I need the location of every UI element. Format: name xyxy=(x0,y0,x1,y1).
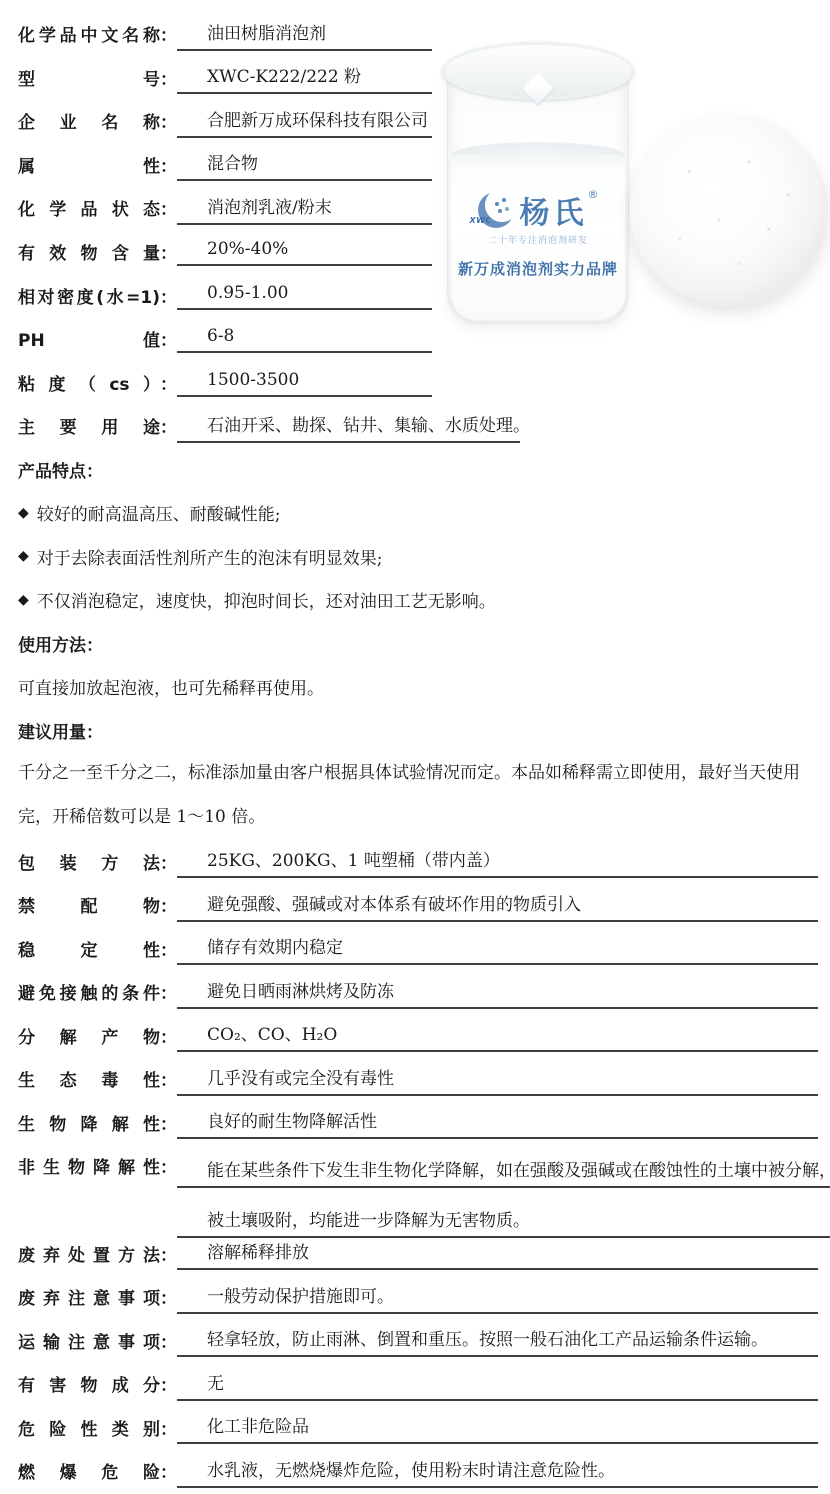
field-label: 燃爆危险 xyxy=(18,1458,160,1483)
field-avoid-conditions: 避免接触的条件： 避免日晒雨淋烘烤及防冻 xyxy=(18,970,818,1014)
field-label: 避免接触的条件 xyxy=(18,979,160,1004)
feature-text: 对于去除表面活性剂所产生的泡沫有明显效果; xyxy=(37,544,383,569)
field-label: 生态毒性 xyxy=(18,1066,160,1091)
field-label: 运输注意事项 xyxy=(18,1328,160,1353)
field-label: 化学品状态 xyxy=(18,195,160,220)
field-value: 无 xyxy=(177,1367,818,1401)
field-value: 避免强酸、强碱或对本体系有破坏作用的物质引入 xyxy=(177,888,818,922)
usage-text: 可直接加放起泡液，也可先稀释再使用。 xyxy=(18,665,818,709)
field-value: 储存有效期内稳定 xyxy=(177,931,818,965)
label-colon: ： xyxy=(160,65,177,90)
field-value: 0.95-1.00 xyxy=(177,281,432,310)
moon-dots-icon xyxy=(495,202,499,206)
section-usage-title: 使用方法： xyxy=(18,622,818,666)
field-value: 避免日晒雨淋烘烤及防冻 xyxy=(177,975,818,1009)
field-value: 水乳液，无燃烧爆炸危险，使用粉末时请注意危险性。 xyxy=(177,1454,818,1488)
beaker-image: XWC杨氏® 二十年专注消泡剂研发 新万成消泡剂实力品牌 xyxy=(442,42,634,328)
field-label: PH 值 xyxy=(18,326,160,351)
field-label: 粘度（cs） xyxy=(18,370,160,395)
label-colon: ： xyxy=(160,152,177,177)
field-value: CO₂、CO、H₂O xyxy=(177,1018,818,1052)
brand-subtitle: 二十年专注消泡剂研发 xyxy=(442,233,634,246)
field-active-content: 有效物含量： 20%-40% xyxy=(18,230,432,274)
feature-text: 较好的耐高温高压、耐酸碱性能; xyxy=(37,500,281,525)
label-colon: ： xyxy=(160,413,177,438)
section-dosage-title: 建议用量： xyxy=(18,709,818,753)
field-model: 型号： XWC-K222/222 粉 xyxy=(18,56,432,100)
label-colon: ： xyxy=(160,1110,177,1135)
field-decomposition-products: 分解产物： CO₂、CO、H₂O xyxy=(18,1014,818,1058)
field-transport-precautions: 运输注意事项： 轻拿轻放，防止雨淋、倒置和重压。按照一般石油化工产品运输条件运输… xyxy=(18,1318,818,1362)
powder-pile-image xyxy=(630,114,828,306)
label-colon: ： xyxy=(160,1153,177,1178)
field-company: 企业名称： 合肥新万成环保科技有限公司 xyxy=(18,99,432,143)
field-label: 相对密度(水=1) xyxy=(18,283,160,308)
label-colon: ： xyxy=(160,936,177,961)
field-main-use: 主要用途： 石油开采、勘探、钻井、集输、水质处理。 xyxy=(18,404,520,448)
field-value: XWC-K222/222 粉 xyxy=(177,60,432,94)
field-biodegradability: 生物降解性： 良好的耐生物降解活性 xyxy=(18,1101,818,1145)
field-hazard-class: 危险性类别： 化工非危险品 xyxy=(18,1406,818,1450)
product-photo: XWC杨氏® 二十年专注消泡剂研发 新万成消泡剂实力品牌 xyxy=(434,36,828,334)
field-label: 废弃注意事项 xyxy=(18,1284,160,1309)
label-colon: ： xyxy=(160,1241,177,1266)
label-colon: ： xyxy=(160,195,177,220)
field-incompatibles: 禁配物： 避免强酸、强碱或对本体系有破坏作用的物质引入 xyxy=(18,883,818,927)
field-stability: 稳定性： 储存有效期内稳定 xyxy=(18,926,818,970)
brand-name: 杨氏 xyxy=(520,196,588,231)
field-chinese-name: 化学品中文名称： 油田树脂消泡剂 xyxy=(18,12,432,56)
field-value-line-1: 能在某些条件下发生非生物化学降解，如在强酸及强碱或在酸蚀性的土壤中被分解，可 xyxy=(177,1154,830,1188)
feature-item: ◆ 不仅消泡稳定，速度快，抑泡时间长，还对油田工艺无影响。 xyxy=(18,578,818,622)
field-disposal-method: 废弃处置方法： 溶解稀释排放 xyxy=(18,1231,818,1275)
feature-item: ◆ 对于去除表面活性剂所产生的泡沫有明显效果; xyxy=(18,535,818,579)
brand-slogan: 新万成消泡剂实力品牌 xyxy=(442,258,634,279)
label-colon: ： xyxy=(160,1371,177,1396)
field-relative-density: 相对密度(水=1)： 0.95-1.00 xyxy=(18,273,432,317)
field-value-line-2: 被土壤吸附，均能进一步降解为无害物质。 xyxy=(177,1204,830,1238)
field-ph: PH 值： 6-8 xyxy=(18,317,432,361)
label-colon: ： xyxy=(160,979,177,1004)
label-colon: ： xyxy=(160,21,177,46)
brand-logo: XWC杨氏® 二十年专注消泡剂研发 新万成消泡剂实力品牌 xyxy=(442,188,634,279)
xwc-mark: XWC xyxy=(470,216,492,225)
label-colon: ： xyxy=(160,1458,177,1483)
field-label: 禁配物 xyxy=(18,892,160,917)
field-label: 有害物成分 xyxy=(18,1371,160,1396)
field-value: 20%-40% xyxy=(177,237,432,266)
field-explosion-hazard: 燃爆危险： 水乳液，无燃烧爆炸危险，使用粉末时请注意危险性。 xyxy=(18,1449,818,1493)
label-colon: ： xyxy=(160,1066,177,1091)
field-value: 良好的耐生物降解活性 xyxy=(177,1105,818,1139)
diamond-bullet-icon: ◆ xyxy=(18,592,29,608)
field-label: 包装方法 xyxy=(18,849,160,874)
label-colon: ： xyxy=(160,1328,177,1353)
field-label: 化学品中文名称 xyxy=(18,21,160,46)
field-label: 企业名称 xyxy=(18,108,160,133)
diamond-bullet-icon: ◆ xyxy=(18,548,29,564)
label-colon: ： xyxy=(160,108,177,133)
field-value: 25KG、200KG、1 吨塑桶（带内盖） xyxy=(177,844,818,878)
label-colon: ： xyxy=(160,892,177,917)
label-colon: ： xyxy=(160,1023,177,1048)
field-value: 6-8 xyxy=(177,324,432,353)
field-value: 轻拿轻放，防止雨淋、倒置和重压。按照一般石油化工产品运输条件运输。 xyxy=(177,1323,818,1357)
label-colon: ： xyxy=(160,370,177,395)
field-label: 废弃处置方法 xyxy=(18,1241,160,1266)
field-viscosity: 粘度（cs）： 1500-3500 xyxy=(18,360,432,404)
field-value: 化工非危险品 xyxy=(177,1410,818,1444)
field-value: 一般劳动保护措施即可。 xyxy=(177,1280,818,1314)
field-value: 石油开采、勘探、钻井、集输、水质处理。 xyxy=(177,409,520,443)
field-state: 化学品状态： 消泡剂乳液/粉末 xyxy=(18,186,432,230)
registered-trademark-icon: ® xyxy=(588,188,599,201)
field-value: 混合物 xyxy=(177,147,432,181)
field-value: 合肥新万成环保科技有限公司 xyxy=(177,104,432,138)
field-value: 溶解稀释排放 xyxy=(177,1236,818,1270)
field-label: 型号 xyxy=(18,65,160,90)
field-packing: 包装方法： 25KG、200KG、1 吨塑桶（带内盖） xyxy=(18,839,818,883)
feature-text: 不仅消泡稳定，速度快，抑泡时间长，还对油田工艺无影响。 xyxy=(37,587,496,612)
label-colon: ： xyxy=(160,283,177,308)
label-colon: ： xyxy=(160,1284,177,1309)
label-colon: ： xyxy=(160,239,177,264)
field-label: 属性 xyxy=(18,152,160,177)
field-harmful-ingredients: 有害物成分： 无 xyxy=(18,1362,818,1406)
field-label: 有效物含量 xyxy=(18,239,160,264)
field-label: 主要用途 xyxy=(18,413,160,438)
label-colon: ： xyxy=(160,326,177,351)
field-label: 危险性类别 xyxy=(18,1415,160,1440)
dosage-text: 千分之一至千分之二，标准添加量由客户根据具体试验情况而定。本品如稀释需立即使用，… xyxy=(18,752,818,839)
field-label: 生物降解性 xyxy=(18,1110,160,1135)
label-colon: ： xyxy=(160,849,177,874)
field-label: 分解产物 xyxy=(18,1023,160,1048)
field-property: 属性： 混合物 xyxy=(18,143,432,187)
field-value: 1500-3500 xyxy=(177,368,432,397)
label-colon: ： xyxy=(160,1415,177,1440)
field-disposal-precautions: 废弃注意事项： 一般劳动保护措施即可。 xyxy=(18,1275,818,1319)
field-value: 几乎没有或完全没有毒性 xyxy=(177,1062,818,1096)
field-label: 非生物降解性 xyxy=(18,1153,160,1178)
field-value: 油田树脂消泡剂 xyxy=(177,17,432,51)
feature-item: ◆ 较好的耐高温高压、耐酸碱性能; xyxy=(18,491,818,535)
field-value: 消泡剂乳液/粉末 xyxy=(177,191,432,225)
diamond-bullet-icon: ◆ xyxy=(18,505,29,521)
field-value-multiline: 能在某些条件下发生非生物化学降解，如在强酸及强碱或在酸蚀性的土壤中被分解，可 被… xyxy=(177,1153,830,1238)
field-eco-toxicity: 生态毒性： 几乎没有或完全没有毒性 xyxy=(18,1057,818,1101)
crescent-moon-icon: XWC xyxy=(478,192,514,228)
field-label: 稳定性 xyxy=(18,936,160,961)
product-datasheet: 化学品中文名称： 油田树脂消泡剂 型号： XWC-K222/222 粉 企业名称… xyxy=(0,0,830,1494)
section-features-title: 产品特点： xyxy=(18,447,818,491)
field-non-biodegradability: 非生物降解性： 能在某些条件下发生非生物化学降解，如在强酸及强碱或在酸蚀性的土壤… xyxy=(18,1144,818,1231)
